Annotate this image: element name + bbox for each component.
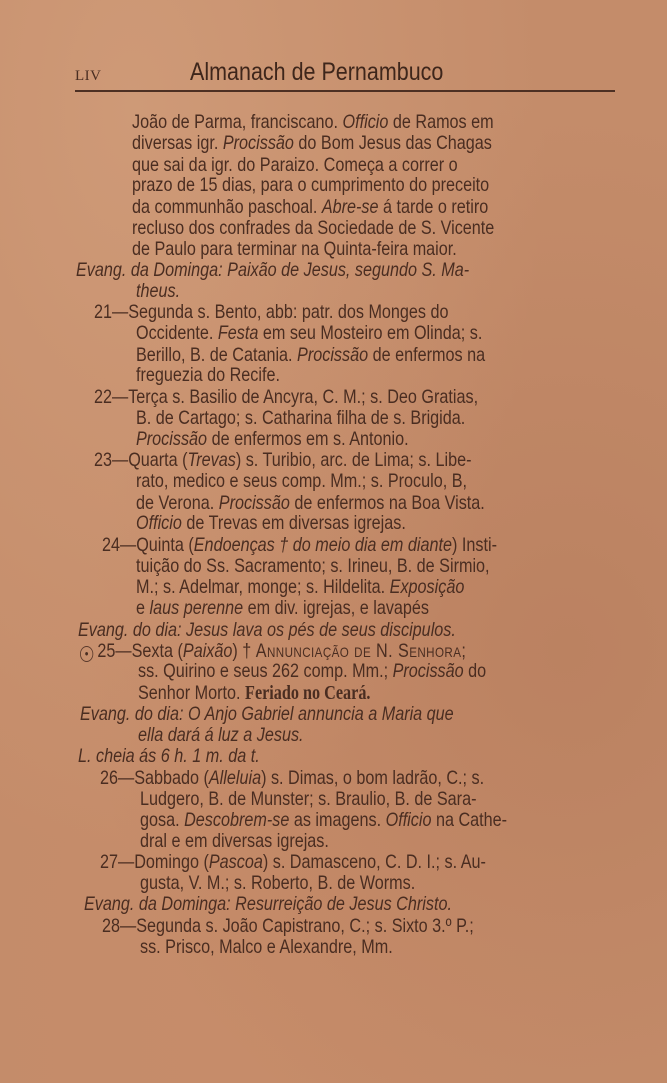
italic-text: Officio [343, 111, 389, 133]
text-line: ss. Quirino e seus 262 comp. Mm.; Procis… [138, 662, 486, 682]
text-line: ●25—Sexta (Paixão) † Annunciação de N. S… [80, 642, 466, 662]
text-line: que sai da igr. do Paraizo. Começa a cor… [132, 156, 458, 176]
italic-text: L. cheia ás 6 h. 1 m. da t. [78, 745, 260, 767]
text-run: de enfermos na [368, 344, 485, 366]
text-line: 21—Segunda s. Bento, abb: patr. dos Mong… [94, 303, 449, 323]
text-run: ) s. Turibio, arc. de Lima; s. Libe- [236, 449, 472, 471]
text-run: rato, medico e seus comp. Mm.; s. Procul… [136, 470, 467, 492]
text-run: ss. Quirino e seus 262 comp. Mm.; [138, 660, 393, 682]
text-run: em div. igrejas, e lavapés [243, 597, 429, 619]
text-line: diversas igr. Procissão do Bom Jesus das… [132, 134, 492, 154]
italic-text: ella dará á luz a Jesus. [138, 724, 304, 746]
italic-text: Evang. da Dominga: Paixão de Jesus, segu… [76, 259, 469, 281]
text-run: do [464, 660, 487, 682]
text-run: Occidente. [136, 322, 218, 344]
text-run: diversas igr. [132, 132, 223, 154]
text-run: á tarde o retiro [379, 196, 489, 218]
text-run: 25—Sexta ( [97, 640, 182, 662]
text-line: Officio de Trevas em diversas igrejas. [136, 514, 406, 534]
text-line: theus. [136, 282, 180, 302]
text-run: de enfermos na Boa Vista. [290, 492, 485, 514]
running-title: Almanach de Pernambuco [190, 58, 443, 87]
text-line: 22—Terça s. Basilio de Ancyra, C. M.; s.… [94, 388, 478, 408]
text-line: recluso dos confrades da Sociedade de S.… [132, 219, 494, 239]
text-run: prazo de 15 dias, para o cumprimento do … [132, 174, 489, 196]
italic-text: Procissão [223, 132, 294, 154]
italic-text: Evang. da Dominga: Resurreição de Jesus … [84, 893, 452, 915]
italic-text: Evang. do dia: O Anjo Gabriel annuncia a… [80, 703, 454, 725]
text-run: de Ramos em [388, 111, 493, 133]
italic-text: Evang. do dia: Jesus lava os pés de seus… [78, 619, 456, 641]
text-line: da communhão paschoal. Abre-se á tarde o… [132, 198, 488, 218]
text-line: rato, medico e seus comp. Mm.; s. Procul… [136, 472, 467, 492]
italic-text: Alleluia [209, 767, 261, 789]
text-run: do Bom Jesus das Chagas [294, 132, 492, 154]
text-run: 22—Terça s. Basilio de Ancyra, C. M.; s.… [94, 386, 478, 408]
text-run: ) Insti- [452, 534, 497, 556]
page-number: LIV [75, 68, 102, 85]
text-line: Procissão de enfermos em s. Antonio. [136, 430, 409, 450]
text-run: ss. Prisco, Malco e Alexandre, Mm. [140, 936, 393, 958]
text-run: as imagens. [289, 809, 385, 831]
italic-text: Abre-se [322, 196, 379, 218]
page-header: LIV Almanach de Pernambuco [75, 58, 615, 90]
text-line: 28—Segunda s. João Capistrano, C.; s. Si… [102, 917, 474, 937]
text-run: dral e em diversas igrejas. [140, 830, 329, 852]
text-run: em seu Mosteiro em Olinda; s. [258, 322, 482, 344]
text-line: dral e em diversas igrejas. [140, 832, 329, 852]
text-run: 28—Segunda s. João Capistrano, C.; s. Si… [102, 915, 474, 937]
text-line: João de Parma, franciscano. Officio de R… [132, 113, 494, 133]
text-run: da communhão paschoal. [132, 196, 322, 218]
text-line: e laus perenne em div. igrejas, e lavapé… [136, 599, 429, 619]
text-run: Senhor Morto. [138, 682, 245, 704]
text-line: Evang. do dia: O Anjo Gabriel annuncia a… [80, 705, 454, 725]
text-line: gusta, V. M.; s. Roberto, B. de Worms. [140, 874, 415, 894]
text-line: Evang. do dia: Jesus lava os pés de seus… [78, 621, 456, 641]
italic-text: Procissão [219, 492, 290, 514]
text-line: Senhor Morto. Feriado no Ceará. [138, 684, 370, 704]
italic-text: Pascoa [209, 851, 263, 873]
italic-text: laus perenne [150, 597, 244, 619]
text-run: tuição do Ss. Sacramento; s. Irineu, B. … [136, 555, 490, 577]
italic-text: Paixão [183, 640, 232, 662]
text-line: Evang. da Dominga: Resurreição de Jesus … [84, 895, 452, 915]
text-run: 23—Quarta ( [94, 449, 188, 471]
bold-text: Feriado no Ceará. [245, 683, 370, 704]
italic-text: Procissão [136, 428, 207, 450]
header-rule [75, 90, 615, 92]
text-line: L. cheia ás 6 h. 1 m. da t. [78, 747, 260, 767]
italic-text: Officio [386, 809, 432, 831]
text-line: ella dará á luz a Jesus. [138, 726, 304, 746]
text-run: de Paulo para terminar na Quinta-feira m… [132, 238, 457, 260]
text-line: Ludgero, B. de Munster; s. Braulio, B. d… [140, 790, 476, 810]
text-line: prazo de 15 dias, para o cumprimento do … [132, 176, 489, 196]
text-line: de Paulo para terminar na Quinta-feira m… [132, 240, 457, 260]
italic-text: Endoenças † do meio dia em diante [194, 534, 452, 556]
text-run: freguezia do Recife. [136, 364, 280, 386]
text-line: 27—Domingo (Pascoa) s. Damasceno, C. D. … [100, 853, 486, 873]
text-run: Berillo, B. de Catania. [136, 344, 297, 366]
text-run: B. de Cartago; s. Catharina filha de s. … [136, 407, 465, 429]
text-line: 26—Sabbado (Alleluia) s. Dimas, o bom la… [100, 769, 484, 789]
text-run: Ludgero, B. de Munster; s. Braulio, B. d… [140, 788, 476, 810]
text-run: ; [461, 640, 466, 662]
text-run: que sai da igr. do Paraizo. Começa a cor… [132, 154, 458, 176]
text-line: tuição do Ss. Sacramento; s. Irineu, B. … [136, 557, 490, 577]
text-run: e [136, 597, 150, 619]
text-line: B. de Cartago; s. Catharina filha de s. … [136, 409, 465, 429]
italic-text: Procissão [393, 660, 464, 682]
text-run: ) † [232, 640, 255, 662]
text-line: freguezia do Recife. [136, 366, 280, 386]
text-run: 21—Segunda s. Bento, abb: patr. dos Mong… [94, 301, 449, 323]
text-run: gusta, V. M.; s. Roberto, B. de Worms. [140, 872, 415, 894]
smallcaps-text: Annunciação de N. Senhora [256, 640, 462, 662]
text-line: 24—Quinta (Endoenças † do meio dia em di… [102, 536, 497, 556]
text-run: de enfermos em s. Antonio. [207, 428, 409, 450]
full-moon-icon: ● [80, 646, 93, 662]
text-line: Evang. da Dominga: Paixão de Jesus, segu… [76, 261, 469, 281]
text-run: ) s. Damasceno, C. D. I.; s. Au- [263, 851, 486, 873]
italic-text: theus. [136, 280, 180, 302]
italic-text: Descobrem-se [184, 809, 289, 831]
text-run: de Trevas em diversas igrejas. [182, 512, 406, 534]
text-run: 26—Sabbado ( [100, 767, 209, 789]
text-run: na Cathe- [431, 809, 507, 831]
text-run: recluso dos confrades da Sociedade de S.… [132, 217, 494, 239]
text-run: 24—Quinta ( [102, 534, 194, 556]
italic-text: Festa [218, 322, 258, 344]
text-run: de Verona. [136, 492, 219, 514]
text-run: ) s. Dimas, o bom ladrão, C.; s. [261, 767, 484, 789]
almanac-page: LIV Almanach de Pernambuco João de Parma… [0, 0, 667, 1083]
italic-text: Exposição [390, 576, 465, 598]
text-line: gosa. Descobrem-se as imagens. Officio n… [140, 811, 507, 831]
text-line: ss. Prisco, Malco e Alexandre, Mm. [140, 938, 393, 958]
text-line: 23—Quarta (Trevas) s. Turibio, arc. de L… [94, 451, 472, 471]
italic-text: Procissão [297, 344, 368, 366]
text-run: M.; s. Adelmar, monge; s. Hildelita. [136, 576, 390, 598]
italic-text: Trevas [188, 449, 236, 471]
text-line: Occidente. Festa em seu Mosteiro em Olin… [136, 324, 482, 344]
text-line: de Verona. Procissão de enfermos na Boa … [136, 494, 485, 514]
text-run: João de Parma, franciscano. [132, 111, 343, 133]
text-line: M.; s. Adelmar, monge; s. Hildelita. Exp… [136, 578, 464, 598]
text-line: Berillo, B. de Catania. Procissão de enf… [136, 346, 485, 366]
text-run: 27—Domingo ( [100, 851, 209, 873]
italic-text: Officio [136, 512, 182, 534]
text-run: gosa. [140, 809, 184, 831]
